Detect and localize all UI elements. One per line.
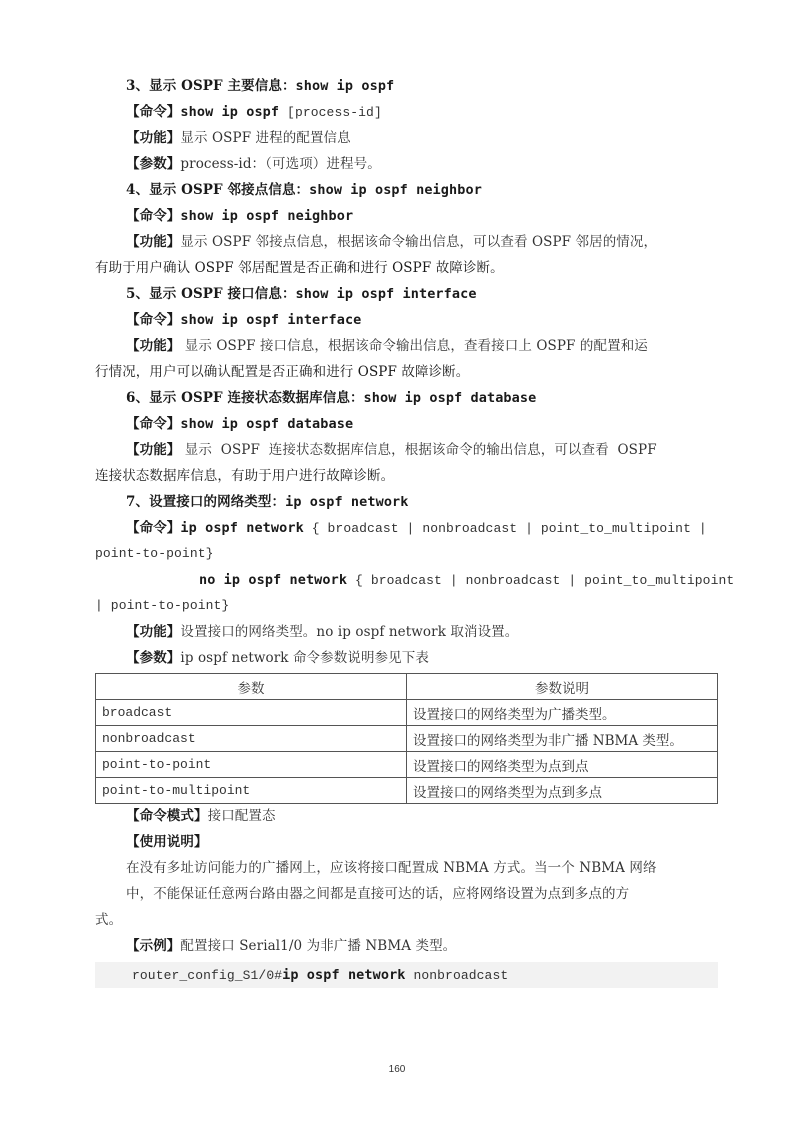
section-3-function: 【功能】显示 OSPF 进程的配置信息 <box>126 128 351 148</box>
section-6-function-line2: 连接状态数据库信息，有助于用户进行故障诊断。 <box>95 466 394 486</box>
code-example-box: router_config_S1/0#ip ospf network nonbr… <box>95 962 718 988</box>
usage-line3: 式。 <box>95 910 122 930</box>
table-row: broadcast 设置接口的网络类型为广播类型。 <box>96 700 718 726</box>
section-7-params: 【参数】ip ospf network 命令参数说明参见下表 <box>126 648 429 668</box>
section-5-function-line2: 行情况，用户可以确认配置是否正确和进行 OSPF 故障诊断。 <box>95 362 469 382</box>
section-4-function-line1: 【功能】显示 OSPF 邻接点信息，根据该命令输出信息，可以查看 OSPF 邻居… <box>126 232 657 252</box>
section-3-params: 【参数】process-id：（可选项）进程号。 <box>126 154 381 174</box>
table-header-row: 参数 参数说明 <box>96 674 718 700</box>
table-cell-desc: 设置接口的网络类型为点到多点 <box>407 778 718 804</box>
section-4-heading: 4、显示 OSPF 邻接点信息：show ip ospf neighbor <box>126 180 482 200</box>
section-7-heading: 7、设置接口的网络类型：ip ospf network <box>126 492 409 512</box>
section-5-function-line1: 【功能】 显示 OSPF 接口信息，根据该命令输出信息，查看接口上 OSPF 的… <box>126 336 648 356</box>
table-cell-desc: 设置接口的网络类型为点到点 <box>407 752 718 778</box>
page-number: 160 <box>0 1064 794 1075</box>
command-mode: 【命令模式】接口配置态 <box>126 806 276 826</box>
section-3-heading: 3、显示 OSPF 主要信息：show ip ospf <box>126 76 394 96</box>
section-4-function-line2: 有助于用户确认 OSPF 邻居配置是否正确和进行 OSPF 故障诊断。 <box>95 258 504 278</box>
section-7-no-command-line1: no ip ospf network { broadcast | nonbroa… <box>199 570 734 591</box>
example-line: 【示例】配置接口 Serial1/0 为非广播 NBMA 类型。 <box>126 936 456 956</box>
section-6-heading: 6、显示 OSPF 连接状态数据库信息：show ip ospf databas… <box>126 388 536 408</box>
section-3-command: 【命令】show ip ospf [process-id] <box>126 102 382 123</box>
table-header-desc: 参数说明 <box>407 674 718 700</box>
section-6-function-line1: 【功能】 显示 OSPF 连接状态数据库信息，根据该命令的输出信息，可以查看 O… <box>126 440 657 460</box>
code-example: router_config_S1/0#ip ospf network nonbr… <box>132 965 508 986</box>
table-header-param: 参数 <box>96 674 407 700</box>
usage-line2: 中，不能保证任意两台路由器之间都是直接可达的话，应将网络设置为点到多点的方 <box>126 884 629 904</box>
usage-line1: 在没有多址访问能力的广播网上，应该将接口配置成 NBMA 方式。当一个 NBMA… <box>126 858 657 878</box>
table-row: nonbroadcast 设置接口的网络类型为非广播 NBMA 类型。 <box>96 726 718 752</box>
section-4-command: 【命令】show ip ospf neighbor <box>126 206 353 226</box>
table-cell-param: broadcast <box>96 700 407 726</box>
table-row: point-to-point 设置接口的网络类型为点到点 <box>96 752 718 778</box>
table-row: point-to-multipoint 设置接口的网络类型为点到多点 <box>96 778 718 804</box>
table-cell-param: point-to-point <box>96 752 407 778</box>
section-5-command: 【命令】show ip ospf interface <box>126 310 361 330</box>
section-5-heading: 5、显示 OSPF 接口信息：show ip ospf interface <box>126 284 477 304</box>
parameter-table: 参数 参数说明 broadcast 设置接口的网络类型为广播类型。 nonbro… <box>95 673 718 804</box>
usage-heading: 【使用说明】 <box>126 832 208 852</box>
section-7-function: 【功能】设置接口的网络类型。no ip ospf network 取消设置。 <box>126 622 518 642</box>
table-cell-desc: 设置接口的网络类型为非广播 NBMA 类型。 <box>407 726 718 752</box>
table-cell-param: point-to-multipoint <box>96 778 407 804</box>
section-7-command-line2: point-to-point} <box>95 544 214 564</box>
table-cell-param: nonbroadcast <box>96 726 407 752</box>
table-cell-desc: 设置接口的网络类型为广播类型。 <box>407 700 718 726</box>
section-6-command: 【命令】show ip ospf database <box>126 414 353 434</box>
section-7-no-command-line2: | point-to-point} <box>95 596 229 616</box>
section-7-command-line1: 【命令】ip ospf network { broadcast | nonbro… <box>126 518 707 539</box>
